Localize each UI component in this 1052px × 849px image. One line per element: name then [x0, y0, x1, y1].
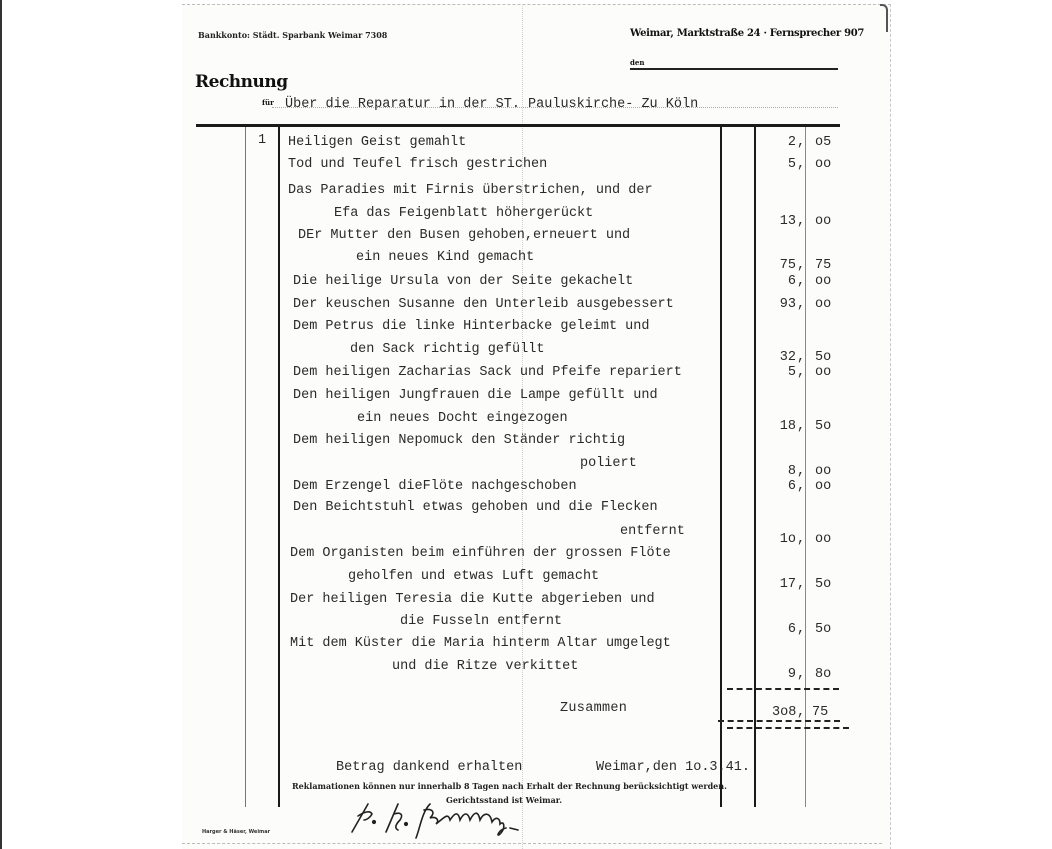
item-amount-main: 5	[788, 365, 796, 380]
company-address: Weimar, Marktstraße 24 · Fernsprecher 90…	[630, 28, 864, 39]
item-amount-comma: ,	[797, 622, 805, 637]
item-description-line: Mit dem Küster die Maria hinterm Altar u…	[290, 636, 671, 651]
item-amount-cents: oo	[815, 532, 831, 547]
total-main: 3o8	[772, 705, 796, 720]
item-amount-cents: oo	[815, 274, 831, 289]
item-amount-comma: ,	[797, 464, 805, 479]
item-amount-main: 9	[788, 667, 796, 682]
position-number: 1	[258, 133, 266, 148]
item-amount-cents: oo	[815, 479, 831, 494]
item-description-line: und die Ritze verkittet	[392, 659, 578, 674]
table-top-rule	[196, 124, 840, 127]
total-comma: ,	[797, 705, 805, 720]
item-description-line: poliert	[580, 456, 637, 471]
item-description-line: die Fusseln entfernt	[400, 614, 562, 629]
item-description-line: Tod und Teufel frisch gestrichen	[288, 157, 547, 172]
item-amount-comma: ,	[797, 274, 805, 289]
item-amount-comma: ,	[797, 157, 805, 172]
viewer-left-border	[0, 0, 2, 849]
item-amount-main: 5	[788, 157, 796, 172]
document-title: Rechnung	[195, 72, 288, 92]
item-amount-main: 32	[780, 350, 796, 365]
item-amount-cents: oo	[815, 464, 831, 479]
item-amount-cents: oo	[815, 157, 831, 172]
item-amount-cents: oo	[815, 365, 831, 380]
invoice-subject: Über die Reparatur in der ST. Pauluskirc…	[285, 97, 698, 112]
column-divider	[278, 127, 280, 807]
bank-account: Bankkonto: Städt. Sparbank Weimar 7308	[198, 30, 387, 40]
item-amount-cents: 5o	[815, 577, 831, 592]
item-description-line: Den Beichtstuhl etwas gehoben und die Fl…	[293, 500, 658, 515]
item-amount-comma: ,	[797, 365, 805, 380]
item-amount-main: 13	[780, 214, 796, 229]
date-label: den	[630, 58, 644, 67]
column-divider	[245, 127, 246, 807]
fold-line	[522, 4, 523, 849]
item-amount-main: 17	[780, 577, 796, 592]
item-description-line: Den heiligen Jungfrauen die Lampe gefüll…	[293, 388, 658, 403]
item-description-line: geholfen und etwas Luft gemacht	[348, 569, 599, 584]
item-description-line: Das Paradies mit Firnis überstrichen, un…	[288, 183, 653, 198]
item-amount-comma: ,	[797, 532, 805, 547]
item-amount-main: 75	[780, 258, 796, 273]
item-amount-comma: ,	[797, 419, 805, 434]
total-dashed-rule	[718, 720, 840, 722]
item-description-line: Dem Erzengel dieFlöte nachgeschoben	[293, 479, 577, 494]
item-amount-main: 6	[788, 622, 796, 637]
item-amount-comma: ,	[797, 479, 805, 494]
item-amount-cents: 5o	[815, 419, 831, 434]
item-description-line: ein neues Docht eingezogen	[357, 411, 568, 426]
item-amount-main: 93	[780, 297, 796, 312]
item-amount-comma: ,	[797, 135, 805, 150]
item-description-line: entfernt	[620, 524, 685, 539]
total-label: Zusammen	[560, 701, 627, 716]
item-amount-comma: ,	[797, 667, 805, 682]
item-description-line: Dem Petrus die linke Hinterbacke geleimt…	[293, 319, 649, 334]
item-amount-cents: 8o	[815, 667, 831, 682]
item-amount-comma: ,	[797, 577, 805, 592]
item-description-line: Dem Organisten beim einführen der grosse…	[290, 546, 671, 561]
total-double-rule	[727, 727, 849, 729]
column-divider	[720, 127, 722, 807]
payment-received: Betrag dankend erhalten	[336, 760, 522, 775]
item-description-line: Die heilige Ursula von der Seite gekache…	[293, 274, 633, 289]
subtotal-dashed-rule	[727, 688, 839, 690]
item-amount-cents: 5o	[815, 350, 831, 365]
for-label: für	[262, 98, 274, 107]
item-amount-main: 18	[780, 419, 796, 434]
item-amount-main: 1o	[780, 532, 796, 547]
item-amount-main: 6	[788, 274, 796, 289]
column-divider	[754, 127, 756, 807]
date-underline	[630, 68, 838, 70]
item-amount-cents: oo	[815, 214, 831, 229]
item-amount-comma: ,	[797, 258, 805, 273]
item-description-line: DEr Mutter den Busen gehoben,erneuert un…	[298, 228, 630, 243]
item-description-line: Dem heiligen Nepomuck den Ständer richti…	[293, 433, 625, 448]
item-amount-cents: oo	[815, 297, 831, 312]
printer-imprint: Harger & Häser, Weimar	[202, 829, 270, 835]
page-bottom-edge	[182, 843, 882, 844]
item-amount-main: 8	[788, 464, 796, 479]
complaints-notice: Reklamationen können nur innerhalb 8 Tag…	[292, 781, 727, 791]
item-amount-cents: 5o	[815, 622, 831, 637]
signature	[350, 798, 570, 842]
item-description-line: Dem heiligen Zacharias Sack und Pfeife r…	[293, 365, 682, 380]
place-date: Weimar,den 1o.3.41.	[596, 760, 750, 775]
item-description-line: Efa das Feigenblatt höhergerückt	[334, 206, 593, 221]
item-description-line: den Sack richtig gefüllt	[350, 342, 544, 357]
item-amount-main: 2	[788, 135, 796, 150]
item-description-line: Der heiligen Teresia die Kutte abgeriebe…	[290, 592, 655, 607]
item-description-line: Der keuschen Susanne den Unterleib ausge…	[293, 297, 674, 312]
item-amount-comma: ,	[797, 297, 805, 312]
item-amount-comma: ,	[797, 214, 805, 229]
item-description-line: Heiligen Geist gemahlt	[288, 135, 466, 150]
item-description-line: ein neues Kind gemacht	[356, 250, 534, 265]
page-corner-curl	[880, 4, 888, 32]
item-amount-comma: ,	[797, 350, 805, 365]
total-cents: 75	[812, 705, 828, 720]
item-amount-main: 6	[788, 479, 796, 494]
item-amount-cents: o5	[815, 135, 831, 150]
item-amount-cents: 75	[815, 258, 831, 273]
column-divider	[805, 127, 806, 807]
